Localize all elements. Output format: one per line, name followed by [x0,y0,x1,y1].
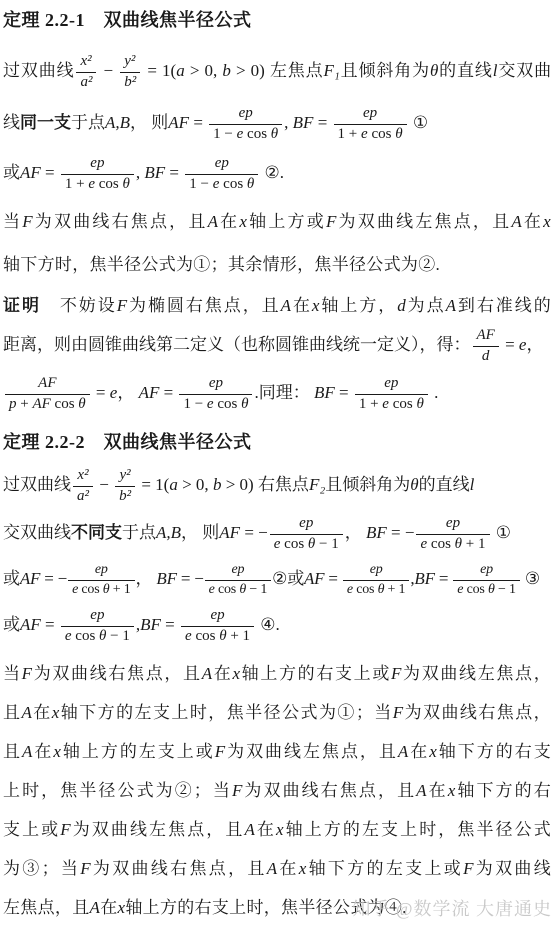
text-run: ， [117,383,138,402]
fraction-denominator: 1 + e cos θ [334,125,407,144]
math-fraction: y²b² [120,53,140,91]
math-operator: = [501,335,519,354]
text-run: 为双曲线右焦点，且 [33,212,208,231]
math-variable: A [21,703,32,722]
math-variable: AF [477,327,495,343]
math-variable: e [185,628,192,644]
text-run: 于点 [71,113,105,132]
math-operator: cos [368,126,396,142]
math-variable: x [312,296,320,315]
fraction-numerator: ep [185,155,258,175]
math-operator: cos [78,582,103,597]
text-run: 支上或 [3,820,60,839]
text-run: 为双曲线左焦点， [402,664,551,683]
text-run: 且倾斜角为 [325,475,410,494]
math-operator: − 1 [246,582,267,597]
text-run: 在 [291,296,312,315]
math-variable: ep [215,155,229,171]
math-variable: θ [123,176,130,192]
fraction-numerator: ep [453,562,519,581]
math-variable: ep [446,515,460,531]
math-variable: θ [219,628,226,644]
math-operator: ② [272,569,287,588]
fraction-denominator: e cos θ − 1 [270,535,343,554]
math-variable: AF [219,523,240,542]
text-run: 轴上方的右支上或 [240,664,391,683]
text-run: 轴上方， [320,296,397,315]
math-variable: F [393,703,404,722]
text-run: ， [526,335,543,354]
math-variable: d [482,348,490,364]
math-variable: A [416,781,427,800]
text-run: ， 则 [130,113,168,132]
math-variable: F [60,820,71,839]
math-variable: A [446,296,457,315]
math-variable: F [215,742,226,761]
math-variable: F [117,296,128,315]
math-fraction: epe cos θ + 1 [416,515,489,553]
math-variable: p [9,396,17,412]
math-operator: + 1 [227,628,250,644]
math-operator: = [161,615,179,634]
math-variable: θ [78,396,85,412]
text-run: 为点 [406,296,446,315]
math-variable: a² [77,488,89,504]
math-fraction: y²b² [115,467,135,505]
math-operator: 1 − [183,396,206,412]
math-variable: ep [209,375,223,391]
math-variable: A [208,212,219,231]
math-variable: BF [156,569,176,588]
math-operator: 1 + [359,396,382,412]
math-variable: ep [90,607,104,623]
text-run: 的直线 [419,475,470,494]
text-run: 为双曲线左焦点，且 [71,820,245,839]
math-operator: > 0, [185,61,223,80]
fraction-denominator: e cos θ + 1 [68,581,134,599]
math-operator: cos [463,582,488,597]
math-fraction: ep1 + e cos θ [61,155,134,193]
math-variable: d [397,296,406,315]
fraction-denominator: e cos θ − 1 [453,581,519,599]
text-run: 当 [3,664,22,683]
math-variable: AF [139,383,160,402]
math-operator: cos [243,126,271,142]
math-fraction: ep1 − e cos θ [179,375,252,413]
theorem1-case-line-2: 轴下方时，焦半径公式为①；其余情形，焦半径公式为②. [3,251,551,279]
case-line-6: 为③；当F为双曲线右焦点，且A在x轴下方的左支上或F为双曲线 [3,849,551,888]
text-run: 于点 [122,523,156,542]
math-variable: F₁ [324,61,340,80]
math-operator: = [324,569,342,588]
math-variable: BF [314,383,335,402]
fraction-numerator: ep [61,607,134,627]
fraction-numerator: ep [179,375,252,395]
theorem-2-2-2-heading: 定理 2.2-2 双曲线焦半径公式 [3,430,551,454]
math-variable: F [22,212,33,231]
math-operator: ④. [256,615,280,634]
math-variable: A [22,742,33,761]
math-variable: BF [414,569,434,588]
math-fraction: x²a² [73,467,93,505]
math-variable: ep [95,562,108,577]
math-variable: x [429,742,437,761]
math-variable: AF [38,375,56,391]
text-run: 轴下方的左支上或 [307,859,463,878]
text-run: 距离，则由圆锥曲线第二定义（也称圆锥曲线统一定义），得： [3,335,471,354]
math-variable: e [207,396,214,412]
math-variable: A [267,859,278,878]
fraction-denominator: p + AF cos θ [5,395,90,414]
text-run: 为双曲线右焦点，且 [91,859,267,878]
text-run: ， [136,569,157,588]
text-run: 轴上方的左支上或 [61,742,215,761]
math-operator: 1 + [338,126,361,142]
math-variable: l [470,475,475,494]
fraction-numerator: y² [120,53,140,73]
text-run: 当 [3,212,22,231]
document-page: 定理 2.2-1 双曲线焦半径公式 过双曲线x²a² − y²b² = 1(a … [0,0,554,927]
fraction-denominator: e cos θ − 1 [205,581,271,599]
math-variable: A [244,820,255,839]
math-variable: e [88,176,95,192]
proof-line-3: AFp + AF cos θ = e， AF = ep1 − e cos θ.同… [3,370,551,416]
math-variable: A,B [105,113,130,132]
math-fraction: epe cos θ − 1 [205,562,271,598]
math-operator: + 1 [462,536,485,552]
fraction-numerator: ep [61,155,134,175]
theorem1-setup-line: 过双曲线x²a² − y²b² = 1(a > 0, b > 0) 左焦点F₁且… [3,48,551,94]
text-run: 为椭圆右焦点，且 [127,296,280,315]
math-variable: F₂ [309,475,325,494]
math-fraction: ep1 + e cos θ [334,105,407,143]
math-variable: x [448,781,456,800]
math-variable: x [276,820,284,839]
math-variable: ep [363,105,377,121]
math-fraction: epe cos θ − 1 [61,607,134,645]
text-run: 在 [32,703,52,722]
math-fraction: ep1 + e cos θ [355,375,428,413]
math-variable: a [169,475,178,494]
math-variable: θ [410,475,418,494]
fraction-numerator: AF [5,375,90,395]
text-run: 到右准线的 [456,296,551,315]
math-variable: ep [90,155,104,171]
text-run: 或 [3,163,20,182]
bold-text-run: 不同支 [71,523,122,542]
fraction-denominator: a² [76,73,96,92]
text-run: 过双曲线 [3,61,74,80]
text-run: 轴上方或 [247,212,326,231]
math-operator: + [17,396,33,412]
theorem2-setup-line: 过双曲线x²a² − y²b² = 1(a > 0, b > 0) 右焦点F₂且… [3,462,551,508]
fraction-denominator: a² [73,487,93,506]
fraction-numerator: ep [334,105,407,125]
math-fraction: x²a² [76,53,96,91]
text-run: 轴下方时，焦半径公式为①；其余情形，焦半径公式为②. [3,255,440,274]
case-analysis-paragraph: 当F为双曲线右焦点，且A在x轴上方的右支上或F为双曲线左焦点， 且A在x轴下方的… [3,654,551,927]
math-operator: − 1 [315,536,338,552]
fraction-numerator: ep [355,375,428,395]
math-fraction: ep1 − e cos θ [209,105,282,143]
math-variable: ep [299,515,313,531]
math-variable: A,B [156,523,181,542]
math-operator: = [92,383,110,402]
math-variable: BF [366,523,387,542]
text-run: 交双曲 [498,61,552,80]
text-run: 在 [33,742,54,761]
text-run: 且 [3,742,22,761]
math-operator: 1 − [189,176,212,192]
text-run: 在 [100,898,117,917]
fraction-numerator: ep [209,105,282,125]
math-variable: x² [77,467,88,483]
text-run: 为双曲线右焦点， [403,703,551,722]
case-line-2: 且A在x轴下方的左支上时，焦半径公式为①；当F为双曲线右焦点， [3,693,551,732]
text-run: 轴上方的右支上时，焦半径公式为④. [125,898,406,917]
math-operator: = [41,163,59,182]
math-fraction: ep1 − e cos θ [185,155,258,193]
math-operator: 1 + [65,176,88,192]
text-run: 或 [287,569,304,588]
math-variable: A [90,898,101,917]
math-operator: cos [51,396,79,412]
text-run: 在 [255,820,276,839]
math-operator: = [335,383,353,402]
math-operator: − 1 [495,582,516,597]
fraction-denominator: 1 − e cos θ [185,175,258,194]
math-operator: cos [72,628,100,644]
math-operator: 1 − [213,126,236,142]
math-variable: AF [20,569,40,588]
math-variable: A [398,742,409,761]
math-operator: cos [192,628,220,644]
fraction-denominator: b² [115,487,135,506]
bold-text-run: 证明 [3,296,41,315]
math-fraction: epe cos θ + 1 [68,562,134,598]
theorem2-formula-4-line: 或AF = epe cos θ − 1,BF = epe cos θ + 1 ④… [3,602,551,648]
fraction-numerator: y² [115,467,135,487]
math-operator: + 1 [384,582,405,597]
math-operator: cos [389,396,417,412]
math-operator: = [41,615,59,634]
text-run: ， [345,523,366,542]
proof-line-1: 证明 不妨设F为椭圆右焦点，且A在x轴上方，d为点A到右准线的 [3,292,551,320]
math-variable: b² [119,488,131,504]
math-variable: ep [370,562,383,577]
math-operator: ① [492,523,512,542]
fraction-numerator: ep [416,515,489,535]
math-variable: x [52,703,60,722]
math-variable: y² [124,53,135,69]
text-run: 不妨设 [41,296,117,315]
fraction-denominator: e cos θ + 1 [343,581,409,599]
fraction-numerator: ep [181,607,254,627]
fraction-denominator: e cos θ + 1 [416,535,489,554]
math-operator: = [435,569,453,588]
math-variable: x [543,212,551,231]
case-line-3: 且A在x轴上方的左支上或F为双曲线左焦点，且A在x轴下方的右支 [3,732,551,771]
text-run: 的直线 [438,61,492,80]
fraction-denominator: 1 − e cos θ [179,395,252,414]
text-run: 轴下方的左支上时，焦半径公式为①；当 [60,703,393,722]
math-variable: a² [80,74,92,90]
math-operator: − 1 [106,628,129,644]
math-variable: AF [20,615,41,634]
theorem1-formula-2-line: 或AF = ep1 + e cos θ, BF = ep1 − e cos θ … [3,150,551,196]
math-operator: > 0) [231,61,270,80]
math-variable: θ [247,176,254,192]
document-background: { "page": { "background": "#ffffff", "te… [0,0,554,931]
math-variable: AF [32,396,50,412]
math-variable: a [176,61,185,80]
math-variable: F [22,664,33,683]
text-run: .同理： [254,383,314,402]
math-operator: − [98,61,118,80]
math-operator: − [95,475,113,494]
math-variable: θ [271,126,278,142]
fraction-numerator: ep [205,562,271,581]
math-operator: > 0, [178,475,213,494]
text-run: 且倾斜角为 [340,61,430,80]
text-run: ， 则 [181,523,219,542]
fraction-denominator: 1 + e cos θ [355,395,428,414]
math-operator: cos [215,582,240,597]
text-run: 交双曲线 [3,523,71,542]
theorem-2-2-1-heading: 定理 2.2-1 双曲线焦半径公式 [3,8,551,32]
fraction-denominator: d [473,347,499,366]
fraction-numerator: AF [473,327,499,347]
math-variable: ep [384,375,398,391]
theorem1-case-line-1: 当F为双曲线右焦点，且A在x轴上方或F为双曲线左焦点，且A在x [3,208,551,236]
math-variable: b [222,61,231,80]
text-run: 在 [522,212,543,231]
math-variable: ep [480,562,493,577]
case-line-1: 当F为双曲线右焦点，且A在x轴上方的右支上或F为双曲线左焦点， [3,654,551,693]
math-operator: cos [280,536,308,552]
math-variable: AF [20,163,41,182]
math-variable: F [80,859,91,878]
text-run: 上时，焦半径公式为②；当 [3,781,232,800]
text-run: 为双曲线左焦点，且 [337,212,512,231]
math-variable: BF [293,113,314,132]
text-run: 或 [3,569,20,588]
fraction-denominator: 1 + e cos θ [61,175,134,194]
fraction-denominator: e cos θ + 1 [181,627,254,646]
math-variable: AF [168,113,189,132]
math-variable: ep [231,562,244,577]
fraction-numerator: ep [270,515,343,535]
proof-line-2: 距离，则由圆锥曲线第二定义（也称圆锥曲线统一定义），得：AFd = e， [3,322,551,368]
math-variable: BF [144,163,165,182]
text-run: 为双曲线右焦点，且 [32,664,201,683]
fraction-numerator: ep [343,562,409,581]
text-run: 轴下方的右 [456,781,551,800]
math-fraction: epe cos θ − 1 [270,515,343,553]
math-operator: cos [214,396,242,412]
math-variable: θ [455,536,462,552]
math-operator: > 0) [221,475,258,494]
text-run: 轴下方的右支 [437,742,551,761]
text-run: 在 [409,742,430,761]
math-operator: = [189,113,207,132]
text-run: 或 [3,615,20,634]
math-fraction: AFp + AF cos θ [5,375,90,413]
math-variable: F [391,664,402,683]
math-operator: = [159,383,177,402]
text-run: 为双曲线左焦点，且 [225,742,398,761]
math-operator: = 1( [137,475,169,494]
math-variable: θ [488,582,495,597]
math-variable: A [202,664,213,683]
text-run: 在 [277,859,298,878]
math-variable: F [232,781,243,800]
math-variable: b² [124,74,136,90]
text-run: 为双曲线 [474,859,551,878]
theorem2-formula-1-line: 交双曲线不同支于点A,B， 则AF = −epe cos θ − 1， BF =… [3,510,551,556]
math-fraction: AFd [473,327,499,365]
text-run: 过双曲线 [3,475,71,494]
math-operator: = [165,163,183,182]
fraction-denominator: 1 − e cos θ [209,125,282,144]
math-variable: ep [239,105,253,121]
math-operator: + 1 [109,582,130,597]
text-run: 线 [3,113,20,132]
text-run: 右焦点 [258,475,309,494]
math-variable: e [65,628,72,644]
theorem1-formula-1-line: 线同一支于点A,B， 则AF = ep1 − e cos θ, BF = ep1… [3,100,551,146]
math-fraction: epe cos θ + 1 [343,562,409,598]
math-variable: AF [304,569,324,588]
text-run: 左焦点，且 [3,898,90,917]
math-operator: cos [427,536,455,552]
math-operator: . [430,383,439,402]
math-operator: cos [353,582,378,597]
math-operator: ① [409,113,429,132]
bold-text-run: 同一支 [20,113,71,132]
text-run: 为③；当 [3,859,80,878]
math-variable: e [361,126,368,142]
math-fraction: epe cos θ + 1 [181,607,254,645]
math-operator: = − [240,523,268,542]
fraction-numerator: ep [68,562,134,581]
case-line-7: 左焦点，且A在x轴上方的右支上时，焦半径公式为④. [3,888,551,927]
math-operator: ②. [260,163,284,182]
math-operator: cos [95,176,123,192]
math-variable: A [281,296,292,315]
math-variable: F [463,859,474,878]
math-fraction: epe cos θ − 1 [453,562,519,598]
math-variable: x² [80,53,91,69]
math-operator: cos [219,176,247,192]
math-operator: , [284,113,293,132]
math-variable: y² [120,467,131,483]
text-run: 轴上方的左支上时，焦半径公式 [284,820,551,839]
math-variable: e [382,396,389,412]
math-operator: = − [177,569,204,588]
text-run: 在 [212,664,232,683]
math-variable: θ [395,126,402,142]
math-operator: = − [40,569,67,588]
fraction-numerator: x² [76,53,96,73]
theorem2-formula-2-3-line: 或AF = −epe cos θ + 1， BF = −epe cos θ − … [3,556,551,602]
text-run: 左焦点 [270,61,324,80]
math-variable: ep [210,607,224,623]
text-run: 在 [218,212,239,231]
math-operator: = − [387,523,415,542]
fraction-numerator: x² [73,467,93,487]
case-line-5: 支上或F为双曲线左焦点，且A在x轴上方的左支上时，焦半径公式 [3,810,551,849]
